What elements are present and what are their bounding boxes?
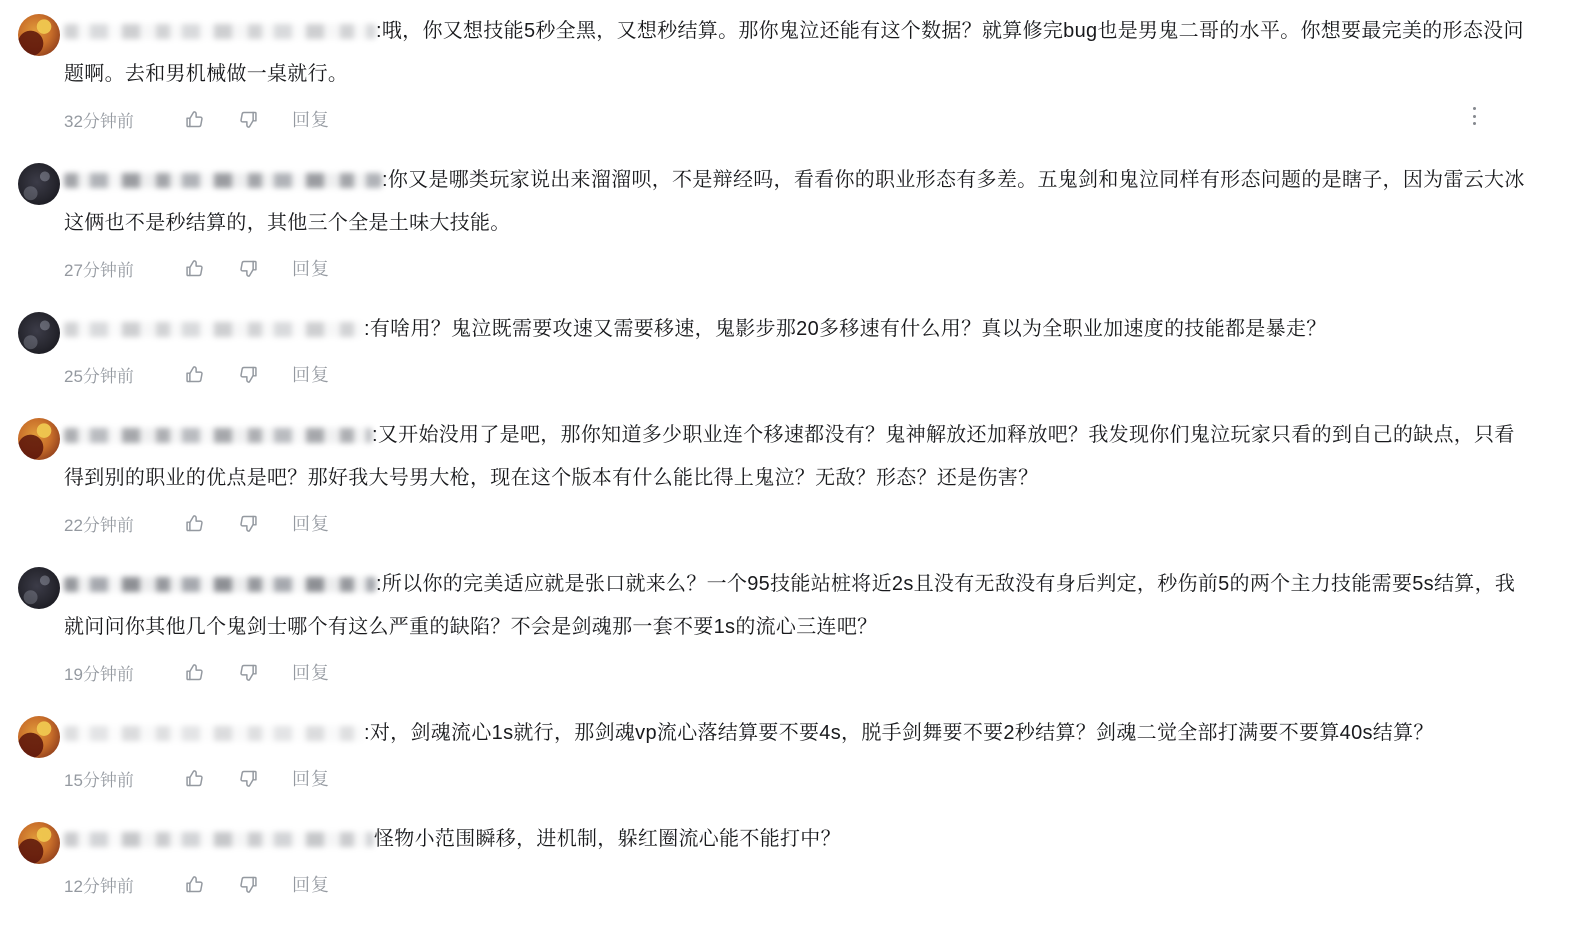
thumbs-down-icon[interactable] <box>236 256 260 280</box>
comment-item: :所以你的完美适应就是张口就来么？一个95技能站桩将近2s且没有无敌没有身后判定… <box>0 553 1594 702</box>
thumbs-up-icon[interactable] <box>182 362 206 386</box>
comment-time: 12分钟前 <box>64 872 152 897</box>
reply-button[interactable]: 回复 <box>292 871 330 897</box>
comment-actions: 19分钟前 回复 <box>64 650 1532 694</box>
comment-item: 怪物小范围瞬移，进机制，躲红圈流心能不能打中？ 12分钟前 回复 <box>0 808 1594 914</box>
username-redacted[interactable] <box>64 173 382 188</box>
avatar[interactable] <box>18 567 60 609</box>
reply-button[interactable]: 回复 <box>292 659 330 685</box>
comment-item: :哦，你又想技能5秒全黑，又想秒结算。那你鬼泣还能有这个数据？就算修完bug也是… <box>0 0 1594 149</box>
comment-list: :哦，你又想技能5秒全黑，又想秒结算。那你鬼泣还能有这个数据？就算修完bug也是… <box>0 0 1594 914</box>
reply-button[interactable]: 回复 <box>292 106 330 132</box>
thumbs-up-icon[interactable] <box>182 256 206 280</box>
comment-text-content: :对，剑魂流心1s就行，那剑魂vp流心落结算要不要4s，脱手剑舞要不要2秒结算？… <box>364 722 1434 744</box>
comment-actions: 22分钟前 回复 <box>64 501 1532 545</box>
avatar[interactable] <box>18 418 60 460</box>
reply-button[interactable]: 回复 <box>292 765 330 791</box>
comment-actions: 32分钟前 回复 <box>64 97 1532 141</box>
comment-item: :对，剑魂流心1s就行，那剑魂vp流心落结算要不要4s，脱手剑舞要不要2秒结算？… <box>0 702 1594 808</box>
thumbs-up-icon[interactable] <box>182 766 206 790</box>
username-redacted[interactable] <box>64 428 372 443</box>
username-redacted[interactable] <box>64 726 364 741</box>
comment-text: :又开始没用了是吧，那你知道多少职业连个移速都没有？鬼神解放还加释放吧？我发现你… <box>64 414 1532 500</box>
avatar[interactable] <box>18 822 60 864</box>
comment-item: :有啥用？鬼泣既需要攻速又需要移速，鬼影步那20多移速有什么用？真以为全职业加速… <box>0 298 1594 404</box>
thumbs-down-icon[interactable] <box>236 872 260 896</box>
thumbs-down-icon[interactable] <box>236 766 260 790</box>
comment-time: 15分钟前 <box>64 766 152 791</box>
reply-button[interactable]: 回复 <box>292 255 330 281</box>
comment-time: 25分钟前 <box>64 362 152 387</box>
avatar[interactable] <box>18 163 60 205</box>
comment-time: 27分钟前 <box>64 256 152 281</box>
comment-time: 32分钟前 <box>64 107 152 132</box>
comment-item: :你又是哪类玩家说出来溜溜呗，不是辩经吗，看看你的职业形态有多差。五鬼剑和鬼泣同… <box>0 149 1594 298</box>
comment-time: 22分钟前 <box>64 511 152 536</box>
username-redacted[interactable] <box>64 24 376 39</box>
comment-text: :所以你的完美适应就是张口就来么？一个95技能站桩将近2s且没有无敌没有身后判定… <box>64 563 1532 649</box>
comment-text: :对，剑魂流心1s就行，那剑魂vp流心落结算要不要4s，脱手剑舞要不要2秒结算？… <box>64 712 1532 755</box>
comment-actions: 27分钟前 回复 <box>64 246 1532 290</box>
comment-text: :哦，你又想技能5秒全黑，又想秒结算。那你鬼泣还能有这个数据？就算修完bug也是… <box>64 10 1532 96</box>
comment-text: :你又是哪类玩家说出来溜溜呗，不是辩经吗，看看你的职业形态有多差。五鬼剑和鬼泣同… <box>64 159 1532 245</box>
username-redacted[interactable] <box>64 577 376 592</box>
thumbs-down-icon[interactable] <box>236 660 260 684</box>
thumbs-up-icon[interactable] <box>182 107 206 131</box>
thumbs-up-icon[interactable] <box>182 660 206 684</box>
comment-text-content: :有啥用？鬼泣既需要攻速又需要移速，鬼影步那20多移速有什么用？真以为全职业加速… <box>364 318 1327 340</box>
reply-button[interactable]: 回复 <box>292 510 330 536</box>
comment-actions: 15分钟前 回复 <box>64 756 1532 800</box>
vertical-ellipsis-more-icon[interactable] <box>1466 105 1482 127</box>
avatar[interactable] <box>18 14 60 56</box>
comment-time: 19分钟前 <box>64 660 152 685</box>
thumbs-up-icon[interactable] <box>182 511 206 535</box>
thumbs-up-icon[interactable] <box>182 872 206 896</box>
comment-text: 怪物小范围瞬移，进机制，躲红圈流心能不能打中？ <box>64 818 1532 861</box>
avatar[interactable] <box>18 716 60 758</box>
comment-text-content: 怪物小范围瞬移，进机制，躲红圈流心能不能打中？ <box>374 828 841 850</box>
username-redacted[interactable] <box>64 322 364 337</box>
comment-actions: 25分钟前 回复 <box>64 352 1532 396</box>
thumbs-down-icon[interactable] <box>236 107 260 131</box>
comment-actions: 12分钟前 回复 <box>64 862 1532 906</box>
comment-item: :又开始没用了是吧，那你知道多少职业连个移速都没有？鬼神解放还加释放吧？我发现你… <box>0 404 1594 553</box>
avatar[interactable] <box>18 312 60 354</box>
thumbs-down-icon[interactable] <box>236 362 260 386</box>
comment-text: :有啥用？鬼泣既需要攻速又需要移速，鬼影步那20多移速有什么用？真以为全职业加速… <box>64 308 1532 351</box>
username-redacted[interactable] <box>64 832 374 847</box>
thumbs-down-icon[interactable] <box>236 511 260 535</box>
reply-button[interactable]: 回复 <box>292 361 330 387</box>
